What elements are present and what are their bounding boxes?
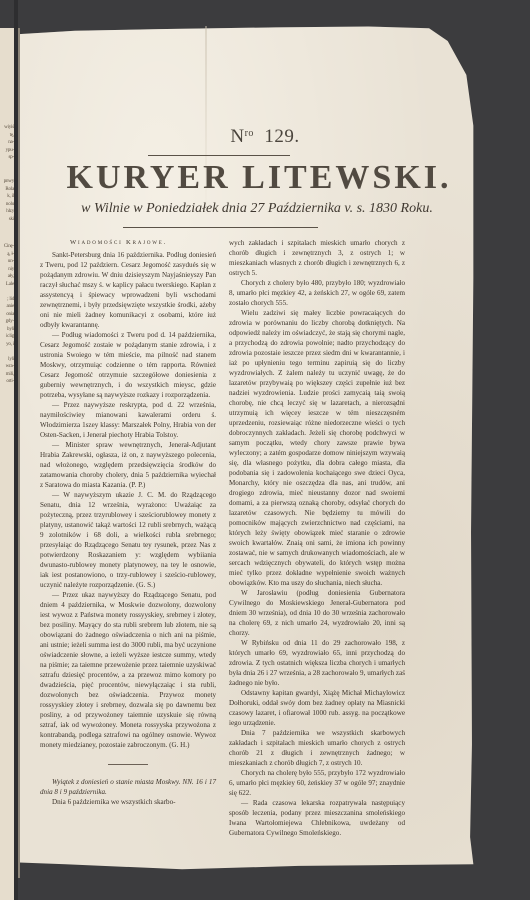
- article-paragraph: Sankt-Petersburg dnia 16 października. P…: [40, 250, 216, 330]
- masthead-rule-top: [148, 155, 290, 156]
- issue-number: Nro 129.: [0, 126, 530, 148]
- article-paragraph: Dnia 7 października we wszystkich skarbo…: [229, 728, 405, 768]
- dateline: w Wilnie w Poniedziałek dnia 27 Paździer…: [0, 201, 522, 217]
- article-paragraph: Wielu zadziwi się małey liczbie powracai…: [229, 308, 405, 588]
- article-paragraph: — W naywyższym ukazie J. C. M. do Rządzą…: [40, 490, 216, 590]
- article-paragraph: — Podług wiadomości z Tweru pod d. 14 pa…: [40, 330, 216, 400]
- section-divider: [108, 764, 148, 765]
- excerpt-heading: Wyiątek z doniesień o stanie miasta Mosk…: [40, 777, 216, 797]
- article-paragraph: — Przez ukaz naywyższy do Rządzącego Sen…: [40, 590, 216, 750]
- left-column: Wiadomości Krajowe. Sankt-Petersburg dni…: [40, 238, 216, 807]
- right-column: wych zakładach i szpitalach mieskich uma…: [229, 238, 405, 838]
- article-paragraph: Dnia 6 października we wszystkich skarbo…: [40, 797, 216, 807]
- article-paragraph: — Przez naywyższe reskrypta, pod d. 22 w…: [40, 400, 216, 440]
- article-paragraph: wych zakładach i szpitalach mieskich uma…: [229, 238, 405, 278]
- masthead-rule-bottom: [123, 227, 318, 228]
- newspaper-title: KURYER LITEWSKI.: [0, 159, 524, 197]
- page-edge-shadow: [18, 28, 20, 878]
- article-paragraph: W Jarosławiu (podług doniesienia Guberna…: [229, 588, 405, 638]
- article-paragraph: — Minister spraw wewnętrznych, Jenerał-A…: [40, 440, 216, 490]
- article-paragraph: Odstawny kapitan gwardyi, Xiążę Michał M…: [229, 688, 405, 728]
- article-paragraph: W Rybińsku od dnia 11 do 29 zachorowało …: [229, 638, 405, 688]
- adjacent-page-text-fragment: Cinę- ą, ł- un- niy ały, Lale ; lid anie…: [0, 243, 14, 386]
- article-paragraph: — Rada czasowa lekarska rozpatrywała nas…: [229, 798, 405, 838]
- article-paragraph: Chorych z cholery było 480, przybyło 180…: [229, 278, 405, 308]
- section-heading: Wiadomości Krajowe.: [40, 238, 216, 248]
- article-paragraph: Chorych na cholerę było 555, przybyło 17…: [229, 768, 405, 798]
